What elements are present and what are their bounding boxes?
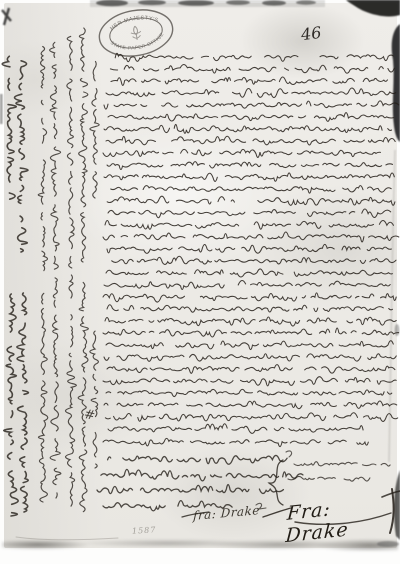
script-line [103,149,394,157]
script-line [103,293,396,302]
script-line [104,281,399,290]
script-line [112,256,396,264]
script-line [103,377,396,386]
script-line [107,196,395,205]
edge-blotch [377,541,399,547]
script-line [104,124,397,133]
handwriting-lines [2,28,400,516]
fold-shadow-line [16,537,118,540]
script-line [107,162,393,170]
torn-right-edge [392,24,400,142]
pencil-date-note: 1587 [132,525,157,535]
stamp-text-bottom: STATE PAPER OFFICE [108,31,167,56]
script-line [38,293,47,502]
script-line [4,294,18,516]
edge-smudge [90,0,325,7]
script-line [106,88,396,98]
script-line [106,389,400,396]
edge-tick [395,324,400,336]
edge-tick [0,94,3,124]
script-line [65,306,76,506]
ink-layer: HER MAJESTY'S STATE PAPER OFFICE [0,0,400,564]
script-line [111,77,393,85]
crest-icon [130,25,142,41]
script-line [104,354,396,362]
corner-mark [2,8,11,25]
script-line [104,173,394,181]
script-line [103,328,399,337]
script-line [50,42,61,298]
script-line [106,136,395,145]
script-line [115,53,393,61]
script-line [103,232,399,242]
script-line [108,455,288,464]
script-line [108,424,363,434]
script-line [288,476,374,481]
script-line [105,413,397,422]
script-line [67,36,74,298]
script-line [79,28,88,262]
script-line [90,62,99,199]
script-line [104,401,397,409]
manuscript-photo: HER MAJESTY'S STATE PAPER OFFICE 46 fra:… [0,0,400,564]
script-line [107,365,395,374]
small-flourish [286,451,292,457]
script-line [108,209,391,218]
script-line [103,438,368,446]
script-line [105,220,393,229]
script-line [78,276,88,512]
stamp-text-bottom-path: STATE PAPER OFFICE [108,31,167,56]
script-line [111,186,392,194]
script-line [106,341,393,350]
script-line [15,61,28,252]
script-line [97,485,283,494]
script-line [90,331,99,468]
docket-brace [269,460,283,505]
script-line [107,244,391,253]
script-line [104,101,399,109]
page-number: 46 [300,23,323,44]
script-line [50,300,61,498]
script-line [17,284,29,512]
script-line [108,113,394,122]
script-line [101,469,303,481]
script-line [106,269,392,277]
state-paper-office-stamp: HER MAJESTY'S STATE PAPER OFFICE [96,4,177,61]
torn-corner-blotch [346,0,400,16]
script-line [2,56,16,199]
page-edge-line [389,150,395,462]
script-line [294,462,390,466]
script-line [110,64,394,73]
script-line [105,317,396,326]
script-line [38,47,47,271]
script-line [107,305,392,313]
